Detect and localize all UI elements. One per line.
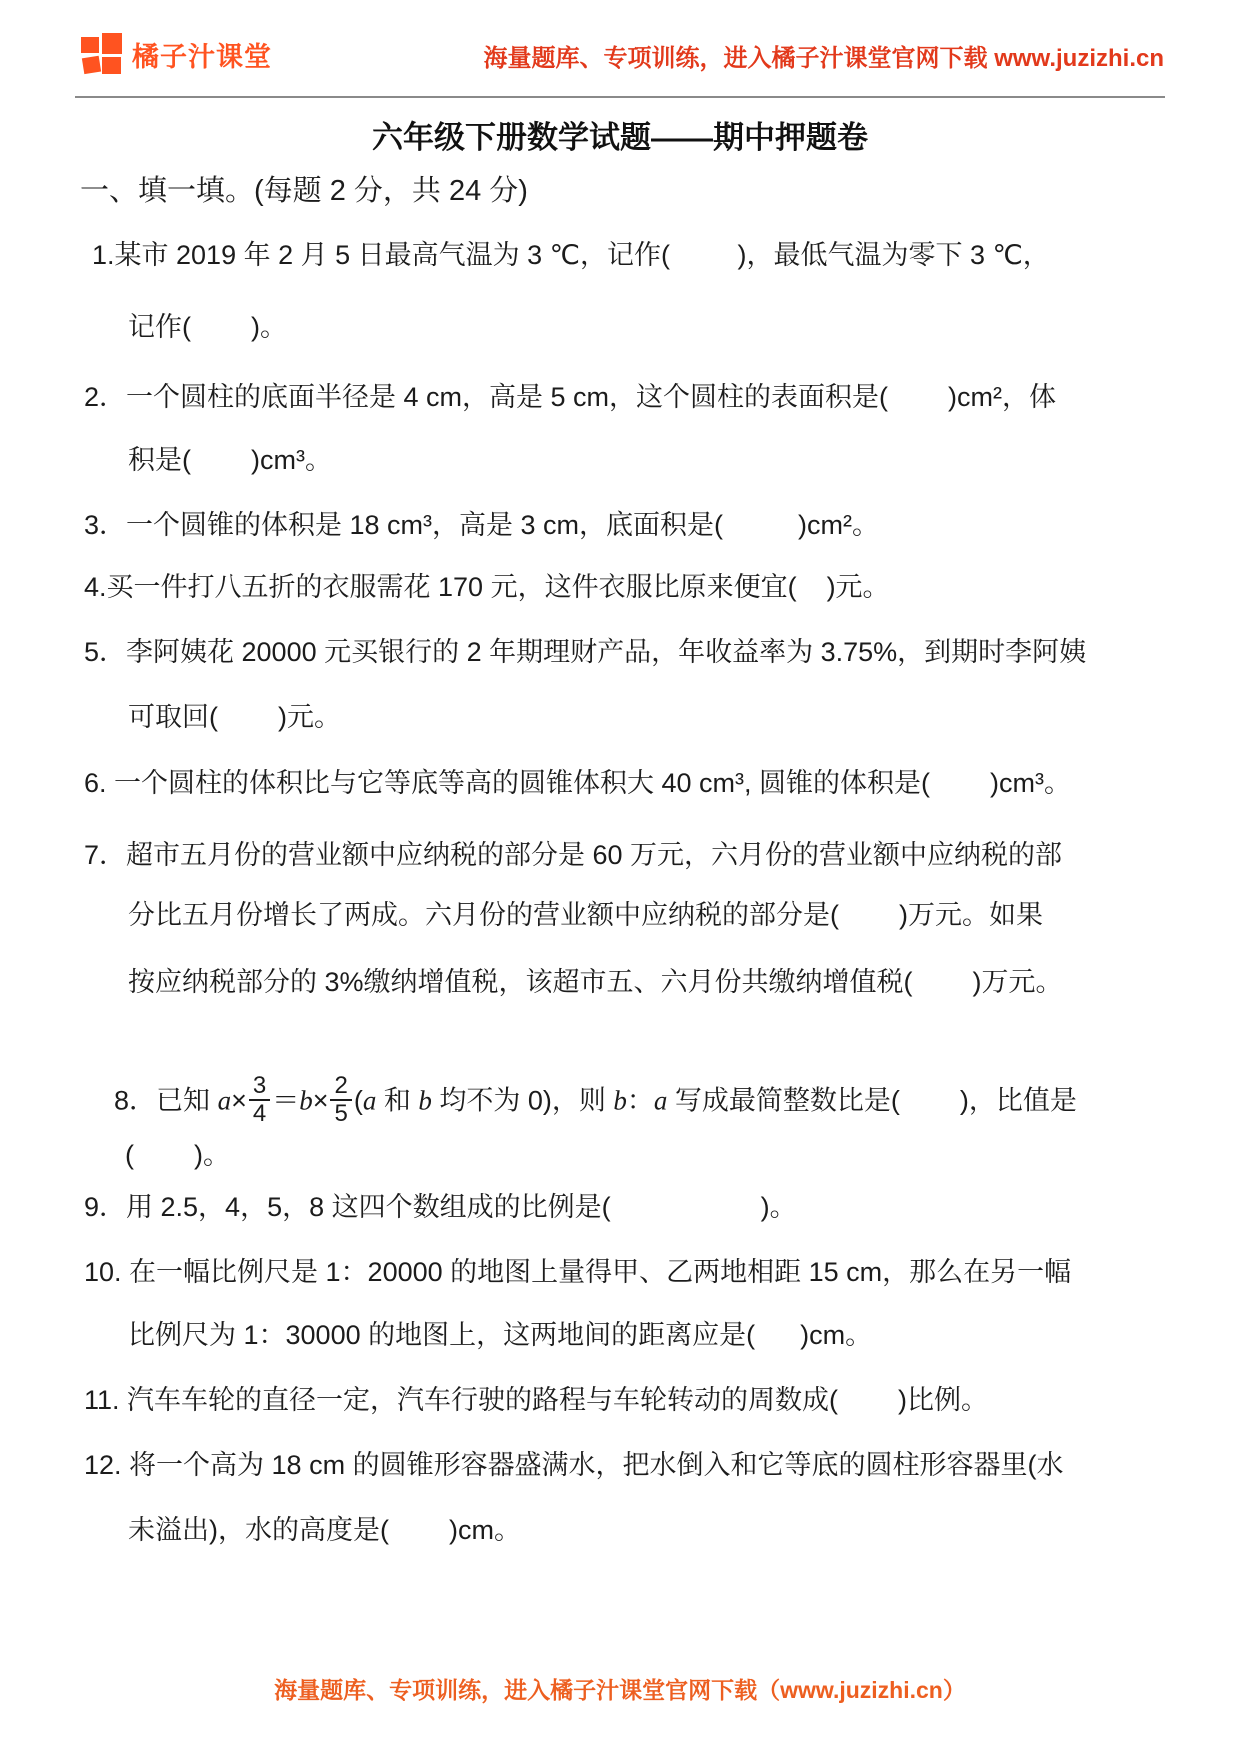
question-11-line-1: 11. 汽车车轮的直径一定，汽车行驶的路程与车轮转动的周数成( )比例。 <box>84 1380 988 1420</box>
question-6-line-1: 6. 一个圆柱的体积比与它等底等高的圆锥体积大 40 cm³, 圆锥的体积是( … <box>84 763 1071 803</box>
question-1-line-1: 1.某市 2019 年 2 月 5 日最高气温为 3 ℃，记作( )，最低气温为… <box>92 235 1050 275</box>
question-7-line-3: 按应纳税部分的 3%缴纳增值税，该超市五、六月份共缴纳增值税( )万元。 <box>128 962 1063 1002</box>
section-heading: 一、填一填。(每题 2 分，共 24 分) <box>80 168 528 209</box>
logo: 橘子汁课堂 <box>80 30 272 78</box>
variable-a: a <box>654 1086 668 1116</box>
question-2-line-1: 2．一个圆柱的底面半径是 4 cm，高是 5 cm，这个圆柱的表面积是( )cm… <box>84 377 1056 417</box>
fraction-two-fifths: 25 <box>330 1073 351 1128</box>
question-8-line-2: ( )。 <box>125 1135 230 1175</box>
header-promo-text: 海量题库、专项训练，进入橘子汁课堂官网下载 www.juzizhi.cn <box>484 38 1164 73</box>
question-1-line-2: 记作( )。 <box>128 307 287 347</box>
question-10-line-1: 10. 在一幅比例尺是 1：20000 的地图上量得甲、乙两地相距 15 cm，… <box>84 1252 1071 1292</box>
page-title: 六年级下册数学试题——期中押题卷 <box>0 112 1240 157</box>
question-2-line-2: 积是( )cm³。 <box>128 440 332 480</box>
variable-a: a <box>363 1086 377 1116</box>
question-12-line-1: 12. 将一个高为 18 cm 的圆锥形容器盛满水，把水倒入和它等底的圆柱形容器… <box>84 1445 1064 1485</box>
fraction-three-fourths: 34 <box>249 1073 270 1128</box>
question-7-line-2: 分比五月份增长了两成。六月份的营业额中应纳税的部分是( )万元。如果 <box>128 895 1043 935</box>
exam-paper-page: 橘子汁课堂 海量题库、专项训练，进入橘子汁课堂官网下载 www.juzizhi.… <box>0 0 1240 1754</box>
question-12-line-2: 未溢出)，水的高度是( )cm。 <box>128 1510 521 1550</box>
question-4-line-1: 4.买一件打八五折的衣服需花 170 元，这件衣服比原来便宜( )元。 <box>84 567 890 607</box>
question-9-line-1: 9．用 2.5，4，5，8 这四个数组成的比例是( )。 <box>84 1187 797 1227</box>
question-3-line-1: 3．一个圆锥的体积是 18 cm³，高是 3 cm，底面积是( )cm²。 <box>84 505 879 545</box>
question-5-line-2: 可取回( )元。 <box>128 697 341 737</box>
orange-window-logo-icon <box>80 30 124 78</box>
question-8-line-1: 8．已知 a×34＝b×25(a 和 b 均不为 0)，则 b：a 写成最简整数… <box>84 1035 1077 1170</box>
question-7-line-1: 7．超市五月份的营业额中应纳税的部分是 60 万元，六月份的营业额中应纳税的部 <box>84 835 1062 875</box>
footer-promo-text: 海量题库、专项训练，进入橘子汁课堂官网下载（www.juzizhi.cn） <box>0 1672 1240 1705</box>
variable-b: b <box>299 1086 313 1116</box>
variable-b: b <box>613 1086 627 1116</box>
variable-b: b <box>418 1086 432 1116</box>
header-divider <box>75 96 1165 98</box>
question-8-number: 8． <box>114 1086 156 1116</box>
question-5-line-1: 5．李阿姨花 20000 元买银行的 2 年期理财产品，年收益率为 3.75%，… <box>84 632 1086 672</box>
variable-a: a <box>218 1086 232 1116</box>
question-10-line-2: 比例尺为 1：30000 的地图上，这两地间的距离应是( )cm。 <box>128 1315 872 1355</box>
logo-text: 橘子汁课堂 <box>132 35 272 74</box>
